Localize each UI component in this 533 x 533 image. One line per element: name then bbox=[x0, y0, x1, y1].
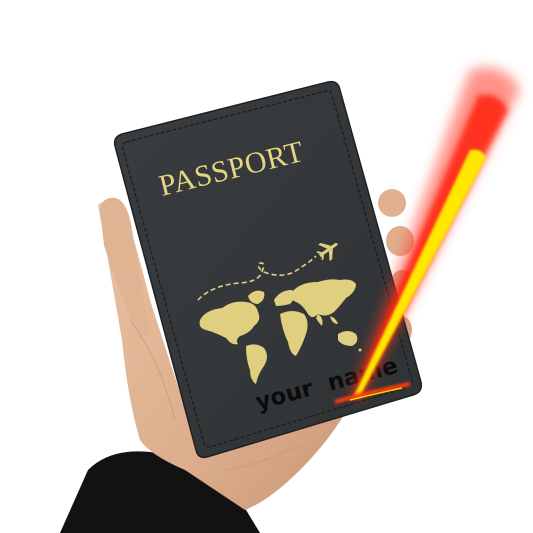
product-photo: PASSPORT bbox=[0, 0, 533, 533]
scene-svg: PASSPORT bbox=[0, 0, 533, 533]
fingertip-1 bbox=[378, 189, 406, 217]
